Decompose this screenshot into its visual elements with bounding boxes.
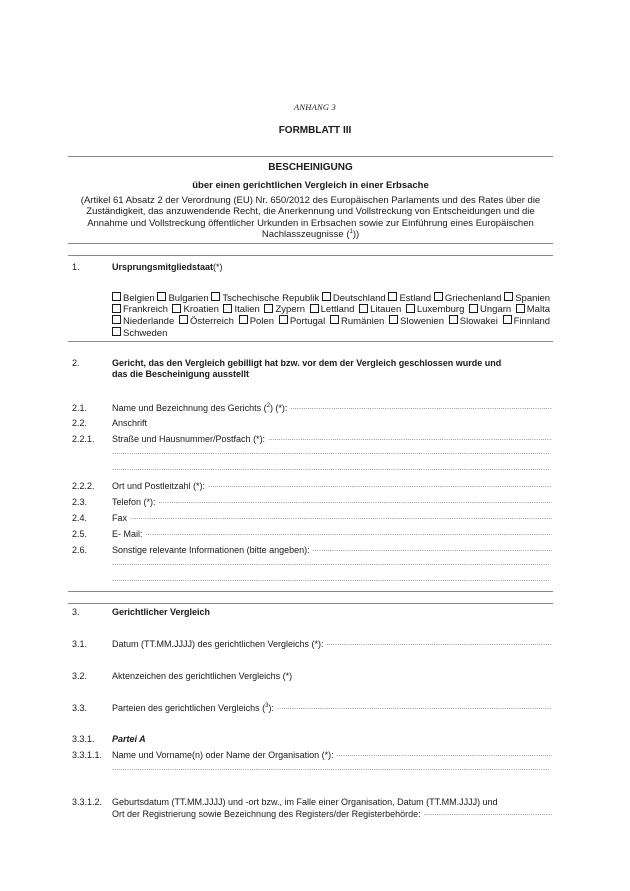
section-number: 3.	[72, 606, 112, 618]
field-other-info[interactable]: 2.6. Sonstige relevante Informationen (b…	[72, 544, 552, 556]
section-title-cont: das die Bescheinigung ausstellt	[112, 369, 552, 381]
field-label: Aktenzeichen des gerichtlichen Vergleich…	[112, 670, 292, 682]
section-number: 2.	[72, 357, 112, 369]
field-fax[interactable]: 2.4. Fax	[72, 512, 552, 524]
country-option[interactable]: Litauen	[359, 304, 401, 315]
divider	[68, 156, 553, 157]
section-number: 1.	[72, 261, 112, 273]
field-email[interactable]: 2.5. E- Mail:	[72, 528, 552, 540]
field-city-postcode[interactable]: 2.2.2. Ort und Postleitzahl (*):	[72, 480, 552, 492]
field-address: 2.2. Anschrift	[72, 417, 552, 429]
fill-line[interactable]	[112, 560, 550, 572]
field-number: 3.1.	[72, 638, 112, 650]
country-label: Österreich	[190, 316, 234, 327]
field-number: 2.6.	[72, 544, 112, 556]
form-page: ANHANG 3 FORMBLATT III BESCHEINIGUNG übe…	[0, 0, 630, 891]
field-number: 2.2.1.	[72, 433, 112, 445]
field-number: 2.1.	[72, 402, 112, 414]
country-label: Slowenien	[400, 316, 444, 327]
country-option[interactable]: Belgien	[112, 293, 155, 304]
country-label: Polen	[250, 316, 274, 327]
divider	[68, 603, 553, 604]
party-a-heading: 3.3.1. Partei A	[72, 733, 552, 745]
country-label: Deutschland	[333, 293, 386, 304]
country-option[interactable]: Bulgarien	[157, 293, 208, 304]
field-label: Datum (TT.MM.JJJJ) des gerichtlichen Ver…	[112, 638, 324, 650]
divider	[68, 591, 553, 592]
country-option[interactable]: Zypern	[264, 304, 305, 315]
country-option[interactable]: Deutschland	[322, 293, 386, 304]
fill-line[interactable]	[146, 528, 552, 540]
checkbox-icon[interactable]	[322, 292, 331, 301]
field-label: Straße und Hausnummer/Postfach (*):	[112, 433, 265, 445]
legal-basis: (Artikel 61 Absatz 2 der Verordnung (EU)…	[68, 195, 553, 240]
checkbox-icon[interactable]	[223, 304, 232, 313]
checkbox-icon[interactable]	[469, 304, 478, 313]
country-option[interactable]: Finnland	[503, 316, 550, 327]
country-label: Griechenland	[445, 293, 502, 304]
checkbox-icon[interactable]	[211, 292, 220, 301]
country-label: Kroatien	[183, 304, 218, 315]
field-number: 2.4.	[72, 512, 112, 524]
fill-line[interactable]	[130, 512, 552, 524]
field-label: Name und Bezeichnung des Gerichts (2) (*…	[112, 402, 287, 414]
country-option[interactable]: Polen	[239, 316, 274, 327]
checkbox-icon[interactable]	[310, 304, 319, 313]
field-parties[interactable]: 3.3. Parteien des gerichtlichen Vergleic…	[72, 702, 552, 714]
fill-line[interactable]	[159, 496, 552, 508]
country-label: Ungarn	[480, 304, 511, 315]
checkbox-icon[interactable]	[406, 304, 415, 313]
field-phone[interactable]: 2.3. Telefon (*):	[72, 496, 552, 508]
checkbox-icon[interactable]	[112, 327, 121, 336]
field-settlement-date[interactable]: 3.1. Datum (TT.MM.JJJJ) des gerichtliche…	[72, 638, 552, 650]
section-title: Gericht, das den Vergleich gebilligt hat…	[112, 357, 552, 369]
certificate-title: BESCHEINIGUNG	[68, 162, 553, 173]
field-label: Partei A	[112, 733, 552, 745]
checkbox-icon[interactable]	[330, 315, 339, 324]
country-option[interactable]: Ungarn	[469, 304, 511, 315]
divider	[68, 255, 553, 256]
section-title: Gerichtlicher Vergleich	[112, 606, 552, 618]
checkbox-icon[interactable]	[503, 315, 512, 324]
fill-line[interactable]	[112, 449, 550, 461]
country-option[interactable]: Österreich	[179, 316, 234, 327]
checkbox-icon[interactable]	[388, 292, 397, 301]
section-2-heading: 2. Gericht, das den Vergleich gebilligt …	[72, 357, 552, 369]
field-court-name[interactable]: 2.1. Name und Bezeichnung des Gerichts (…	[72, 402, 552, 414]
country-label: Slowakei	[460, 316, 498, 327]
country-option[interactable]: Italien	[223, 304, 259, 315]
country-label: Malta	[527, 304, 550, 315]
field-number: 3.2.	[72, 670, 112, 682]
country-label: Spanien	[515, 293, 550, 304]
field-number: 3.3.1.	[72, 733, 112, 745]
field-number: 3.3.1.2.	[72, 796, 112, 808]
field-label: Fax	[112, 512, 127, 524]
field-party-a-name[interactable]: 3.3.1.1. Name und Vorname(n) oder Name d…	[72, 749, 552, 761]
country-option[interactable]: Slowakei	[449, 316, 498, 327]
section-title: Ursprungsmitgliedstaat	[112, 261, 213, 273]
field-party-a-birth-registration-cont[interactable]: Ort der Registrierung sowie Bezeichnung …	[112, 808, 552, 820]
country-label: Niederlande	[123, 316, 174, 327]
field-label: Sonstige relevante Informationen (bitte …	[112, 544, 310, 556]
country-label: Tschechische Republik	[222, 293, 319, 304]
country-label: Rumänien	[341, 316, 384, 327]
fill-line[interactable]	[327, 638, 552, 650]
checkbox-icon[interactable]	[112, 304, 121, 313]
country-option[interactable]: Niederlande	[112, 316, 174, 327]
fill-line[interactable]	[268, 433, 552, 445]
field-label: Geburtsdatum (TT.MM.JJJJ) und -ort bzw.,…	[112, 796, 498, 808]
divider	[68, 341, 553, 342]
checkbox-icon[interactable]	[172, 304, 181, 313]
fill-line[interactable]	[337, 749, 552, 761]
field-number: 2.3.	[72, 496, 112, 508]
field-label: Anschrift	[112, 417, 147, 429]
required-marker: (*)	[213, 261, 223, 273]
fill-line[interactable]	[424, 808, 552, 820]
country-option[interactable]: Schweden	[112, 328, 167, 339]
field-number: 2.2.2.	[72, 480, 112, 492]
country-option[interactable]: Spanien	[504, 293, 550, 304]
checkbox-icon[interactable]	[516, 304, 525, 313]
field-label: Name und Vorname(n) oder Name der Organi…	[112, 749, 334, 761]
country-label: Italien	[234, 304, 259, 315]
field-label: Ort und Postleitzahl (*):	[112, 480, 205, 492]
fill-line[interactable]	[313, 544, 552, 556]
section-1-heading: 1. Ursprungsmitgliedstaat (*)	[72, 261, 552, 273]
field-number: 3.3.1.1.	[72, 749, 112, 761]
country-option[interactable]: Portugal	[279, 316, 325, 327]
section-3-heading: 3. Gerichtlicher Vergleich	[72, 606, 552, 618]
country-option[interactable]: Lettland	[310, 304, 355, 315]
fill-line[interactable]	[112, 576, 550, 588]
fill-line[interactable]	[112, 465, 550, 477]
fill-line[interactable]	[208, 480, 552, 492]
field-label: Telefon (*):	[112, 496, 156, 508]
checkbox-icon[interactable]	[449, 315, 458, 324]
country-label: Frankreich	[123, 304, 168, 315]
field-number: 2.2.	[72, 417, 112, 429]
country-option[interactable]: Malta	[516, 304, 550, 315]
country-option[interactable]: Kroatien	[172, 304, 218, 315]
checkbox-icon[interactable]	[112, 292, 121, 301]
field-label: Ort der Registrierung sowie Bezeichnung …	[112, 808, 421, 820]
checkbox-icon[interactable]	[157, 292, 166, 301]
legal-basis-text: (Artikel 61 Absatz 2 der Verordnung (EU)…	[81, 195, 540, 240]
field-label: Parteien des gerichtlichen Vergleichs (3…	[112, 702, 274, 714]
country-option[interactable]: Luxemburg	[406, 304, 465, 315]
field-label: E- Mail:	[112, 528, 143, 540]
country-label: Belgien	[123, 293, 155, 304]
country-label: Luxemburg	[417, 304, 465, 315]
field-reference-number[interactable]: 3.2. Aktenzeichen des gerichtlichen Verg…	[72, 670, 552, 682]
country-label: Bulgarien	[168, 293, 208, 304]
annex-label: ANHANG 3	[0, 102, 630, 112]
country-label: Lettland	[321, 304, 355, 315]
country-label: Finnland	[514, 316, 550, 327]
country-option[interactable]: Tschechische Republik	[211, 293, 319, 304]
country-option[interactable]: Griechenland	[434, 293, 502, 304]
fill-line[interactable]	[290, 402, 552, 414]
divider	[68, 243, 553, 244]
country-option[interactable]: Slowenien	[389, 316, 444, 327]
checkbox-icon[interactable]	[434, 292, 443, 301]
checkbox-icon[interactable]	[504, 292, 513, 301]
country-option[interactable]: Estland	[388, 293, 431, 304]
form-title: FORMBLATT III	[0, 125, 630, 136]
country-label: Estland	[399, 293, 431, 304]
country-option[interactable]: Frankreich	[112, 304, 168, 315]
legal-basis-close: ))	[353, 229, 359, 240]
checkbox-icon[interactable]	[179, 315, 188, 324]
fill-line[interactable]	[277, 702, 552, 714]
country-label: Zypern	[275, 304, 305, 315]
country-checkbox-list: Belgien Bulgarien Tschechische Republik …	[112, 292, 550, 339]
country-label: Schweden	[123, 328, 167, 339]
country-option[interactable]: Rumänien	[330, 316, 384, 327]
checkbox-icon[interactable]	[279, 315, 288, 324]
checkbox-icon[interactable]	[389, 315, 398, 324]
field-party-a-birth-registration[interactable]: 3.3.1.2. Geburtsdatum (TT.MM.JJJJ) und -…	[72, 796, 552, 808]
field-number: 3.3.	[72, 702, 112, 714]
checkbox-icon[interactable]	[239, 315, 248, 324]
country-label: Portugal	[290, 316, 325, 327]
checkbox-icon[interactable]	[359, 304, 368, 313]
certificate-subtitle: über einen gerichtlichen Vergleich in ei…	[68, 180, 553, 191]
checkbox-icon[interactable]	[264, 304, 273, 313]
field-number: 2.5.	[72, 528, 112, 540]
checkbox-icon[interactable]	[112, 315, 121, 324]
field-street[interactable]: 2.2.1. Straße und Hausnummer/Postfach (*…	[72, 433, 552, 445]
fill-line[interactable]	[112, 765, 550, 777]
country-label: Litauen	[370, 304, 401, 315]
